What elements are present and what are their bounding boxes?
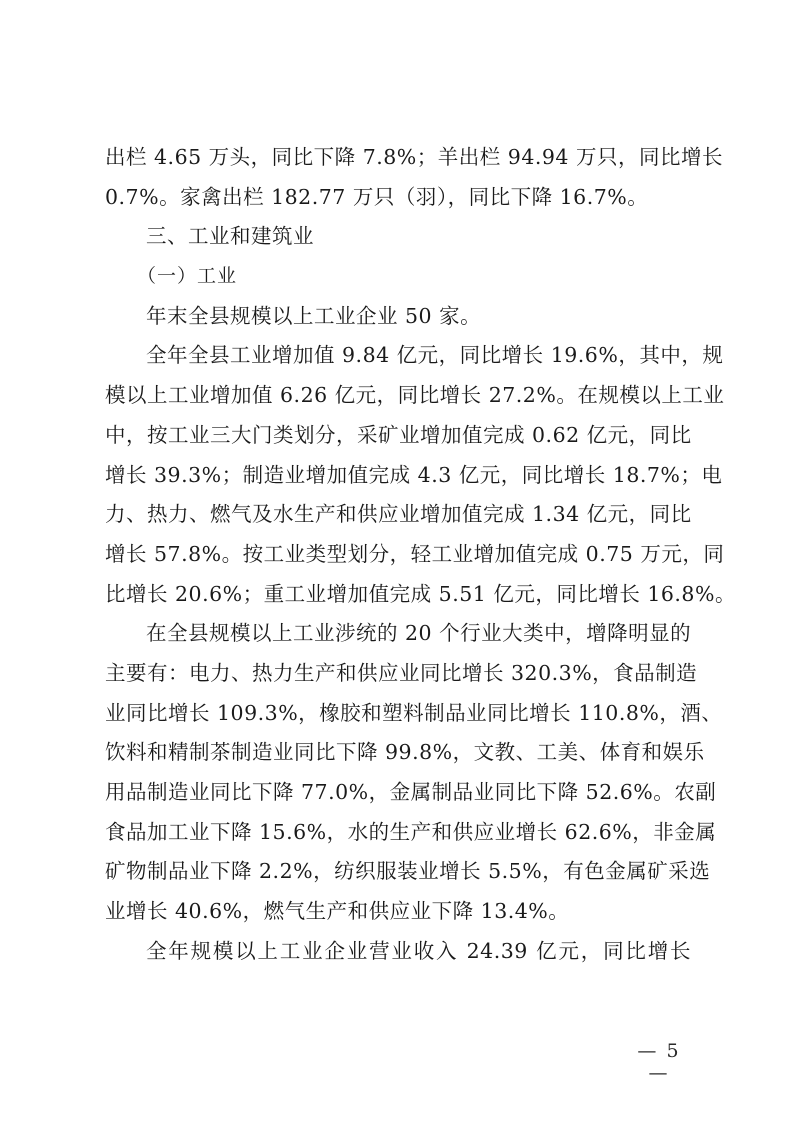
text-line: 中，按工业三大门类划分，采矿业增加值完成 0.62 亿元，同比: [105, 416, 691, 456]
text-line: 增长 57.8%。按工业类型划分，轻工业增加值完成 0.75 万元，同: [105, 535, 691, 575]
section-heading: 三、工业和建筑业: [105, 217, 691, 257]
text-line: 力、热力、燃气及水生产和供应业增加值完成 1.34 亿元，同比: [105, 495, 691, 535]
text-line: 在全县规模以上工业涉统的 20 个行业大类中，增降明显的: [105, 614, 691, 654]
text-line: 业增长 40.6%，燃气生产和供应业下降 13.4%。: [105, 892, 691, 932]
text-line: 业同比增长 109.3%，橡胶和塑料制品业同比增长 110.8%，酒、: [105, 694, 691, 734]
text-line: 全年规模以上工业企业营业收入 24.39 亿元，同比增长: [105, 932, 691, 972]
text-line: 全年全县工业增加值 9.84 亿元，同比增长 19.6%，其中，规: [105, 336, 691, 376]
text-line: 比增长 20.6%；重工业增加值完成 5.51 亿元，同比增长 16.8%。: [105, 575, 691, 615]
text-line: 矿物制品业下降 2.2%，纺织服装业增长 5.5%，有色金属矿采选: [105, 852, 691, 892]
subsection-heading: （一）工业: [105, 257, 691, 297]
text-line: 模以上工业增加值 6.26 亿元，同比增长 27.2%。在规模以上工业: [105, 376, 691, 416]
text-line: 出栏 4.65 万头，同比下降 7.8%；羊出栏 94.94 万只，同比增长: [105, 138, 691, 178]
text-line: 增长 39.3%；制造业增加值完成 4.3 亿元，同比增长 18.7%；电: [105, 456, 691, 496]
page-number: — 5 —: [624, 1040, 694, 1084]
text-line: 饮料和精制茶制造业同比下降 99.8%，文教、工美、体育和娱乐: [105, 733, 691, 773]
text-line: 年末全县规模以上工业企业 50 家。: [105, 297, 691, 337]
text-line: 用品制造业同比下降 77.0%，金属制品业同比下降 52.6%。农副: [105, 773, 691, 813]
text-line: 食品加工业下降 15.6%，水的生产和供应业增长 62.6%，非金属: [105, 813, 691, 853]
document-page: 出栏 4.65 万头，同比下降 7.8%；羊出栏 94.94 万只，同比增长 0…: [105, 138, 691, 971]
text-line: 主要有：电力、热力生产和供应业同比增长 320.3%，食品制造: [105, 654, 691, 694]
text-line: 0.7%。家禽出栏 182.77 万只（羽），同比下降 16.7%。: [105, 178, 691, 218]
